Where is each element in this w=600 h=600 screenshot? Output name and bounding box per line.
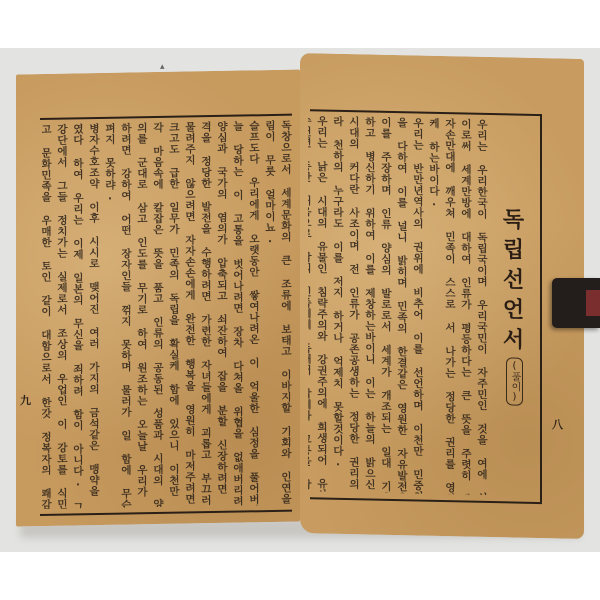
right-text-columns: 우리는 우리한국이 독립국이며 우리국민이 자주민인 것을 여에 선언한다. 이… xyxy=(308,115,488,495)
text-column: 케 하는바이다. xyxy=(428,118,440,494)
right-page-number: 八 xyxy=(552,416,563,432)
text-column: 시대의 커다란 사조이며 전 인류가 공존공생하는 정당한 권리의 발동인지 xyxy=(348,116,360,492)
text-column: 이를 주장하며 인류 양심의 발로로서 세계가 개조되는 일대 기운에 순응 xyxy=(380,117,392,493)
text-column: 크고도 급한 일무가 민족의 독립을 확실케 함에 있으니 이천만 동포가 각 xyxy=(168,122,180,507)
clip-label xyxy=(586,290,600,316)
text-column: 격을 정당한 발전을 수행하려면 가련한 자녀들에게 괴롭고 부끄러운 재산을 xyxy=(200,121,212,506)
left-text-columns: 독창으로서 세계문화의 큰 조류에 보태고 이바지할 기회와 인연을 잃어버 림… xyxy=(42,120,292,509)
text-column: 우리는 낡은 시대의 유물인 침략주의와 강권주의에 희생되어 유사 이래 xyxy=(316,115,328,491)
right-page: 독립선언서 (풀이) 우리는 우리한국이 독립국이며 우리국민이 자주민인 것을… xyxy=(300,53,584,539)
text-column: 강단에서 그들 정치가는 실제로서 조상의 우업인 이 강토를 식민지로 보 xyxy=(56,124,68,509)
text-column: 양심과 국가의 염의가 압축되고 쇠잔하여 잡을 분할 신장하려면 개인의 인 xyxy=(216,121,228,506)
left-page: 독창으로서 세계문화의 큰 조류에 보태고 이바지할 기회와 인연을 잃어버 림… xyxy=(16,70,300,527)
text-column: 하려면 강하여 어떤 장자인들 꺾지 못하며 물러가 일 함에 무슨 뜻인들 xyxy=(120,122,132,507)
text-column: 의를 군대로 삼고 인도를 무기로 하여 원조하는 오늘날 우리가 나아가 취 xyxy=(136,122,148,507)
text-column: 펴지 못하랴. xyxy=(104,123,116,508)
text-column: 슬프도다 우리에게 오랫동안 쌓여나려온 이 억울한 심정을 풀어버리려면 오 xyxy=(248,120,260,505)
text-column: 자손만대에 깨우쳐 민족이 스스로 서 나가는 정당한 권리를 영원히 보존 xyxy=(444,118,456,494)
text-column: 독창으로서 세계문화의 큰 조류에 보태고 이바지할 기회와 인연을 잃어버 xyxy=(280,120,292,505)
left-page-number: 九 xyxy=(20,392,31,408)
background-speck: ▴ xyxy=(160,62,165,72)
text-column: 림이 무릇 얼마이뇨. xyxy=(264,120,276,505)
text-column: 우리는 우리한국이 독립국이며 우리국민이 자주민인 것을 여에 선언한다. xyxy=(476,119,488,495)
page-title: 독립선언서 xyxy=(496,207,527,358)
right-bottom-rule xyxy=(310,497,542,504)
text-column: 였다 하여 우리는 이제 일본의 무신을 죄하려 함이 아니다. 그들 학자는 xyxy=(72,123,84,508)
text-column: 우리는 반만년역사의 권위에 비추어 이를 선언하며 이천만 민중의 충성 xyxy=(412,117,424,493)
text-column: 수천년 동안 처음으로 남의 민족에게 독배어 압제와 고통을 당 한지 이미 xyxy=(308,115,312,491)
right-frame-line xyxy=(540,114,542,502)
left-bottom-rule xyxy=(40,510,292,516)
book-photo: ▴ 독창으로서 세계문화의 큰 조류에 보태고 이바지할 기회와 인연을 잃어버… xyxy=(0,48,600,552)
text-column: 늘 당하는 이 고통을 벗어나려면 장차 다쳐올 위협을 없애버리려면 민족의 xyxy=(232,120,244,505)
text-column: 라 천하의 누구라도 이를 저지 하거나 억제치 못할것이다. xyxy=(332,116,344,492)
text-column: 고 문화민족을 우매한 토인 같이 대함으로서 한갓 정복자의 쾌감을 탐냈 xyxy=(42,124,52,509)
binder-clip xyxy=(552,278,600,328)
text-column: 하고 병신하기 위하여 이를 제창하는바이니 이는 하늘의 밝으신 명령이오 xyxy=(364,116,376,492)
text-column: 병자수호조약 이후 시시로 맺어진 여러 가지의 금석같은 맹약을 무시하 xyxy=(88,123,100,508)
text-column: 이로써 세계만방에 대하여 인류가 평등하다는 큰 뜻을 주렷히 밝히며 이로써 xyxy=(460,118,472,494)
text-column: 물려주지 않으려면 자자손손에게 완전한 행복을 영원히 마저주려면 가장 xyxy=(184,121,196,506)
text-column: 각 마음속에 칼잡은 뜻을 품고 인류의 공동된 성품과 시대의 양심이 정 xyxy=(152,122,164,507)
page-subtitle: (풀이) xyxy=(506,357,523,405)
text-column: 을 다하여 이를 널니 밝히며 민족의 한결같은 영원한 자유발전을 위하여 xyxy=(396,117,408,493)
left-top-rule xyxy=(40,114,292,120)
